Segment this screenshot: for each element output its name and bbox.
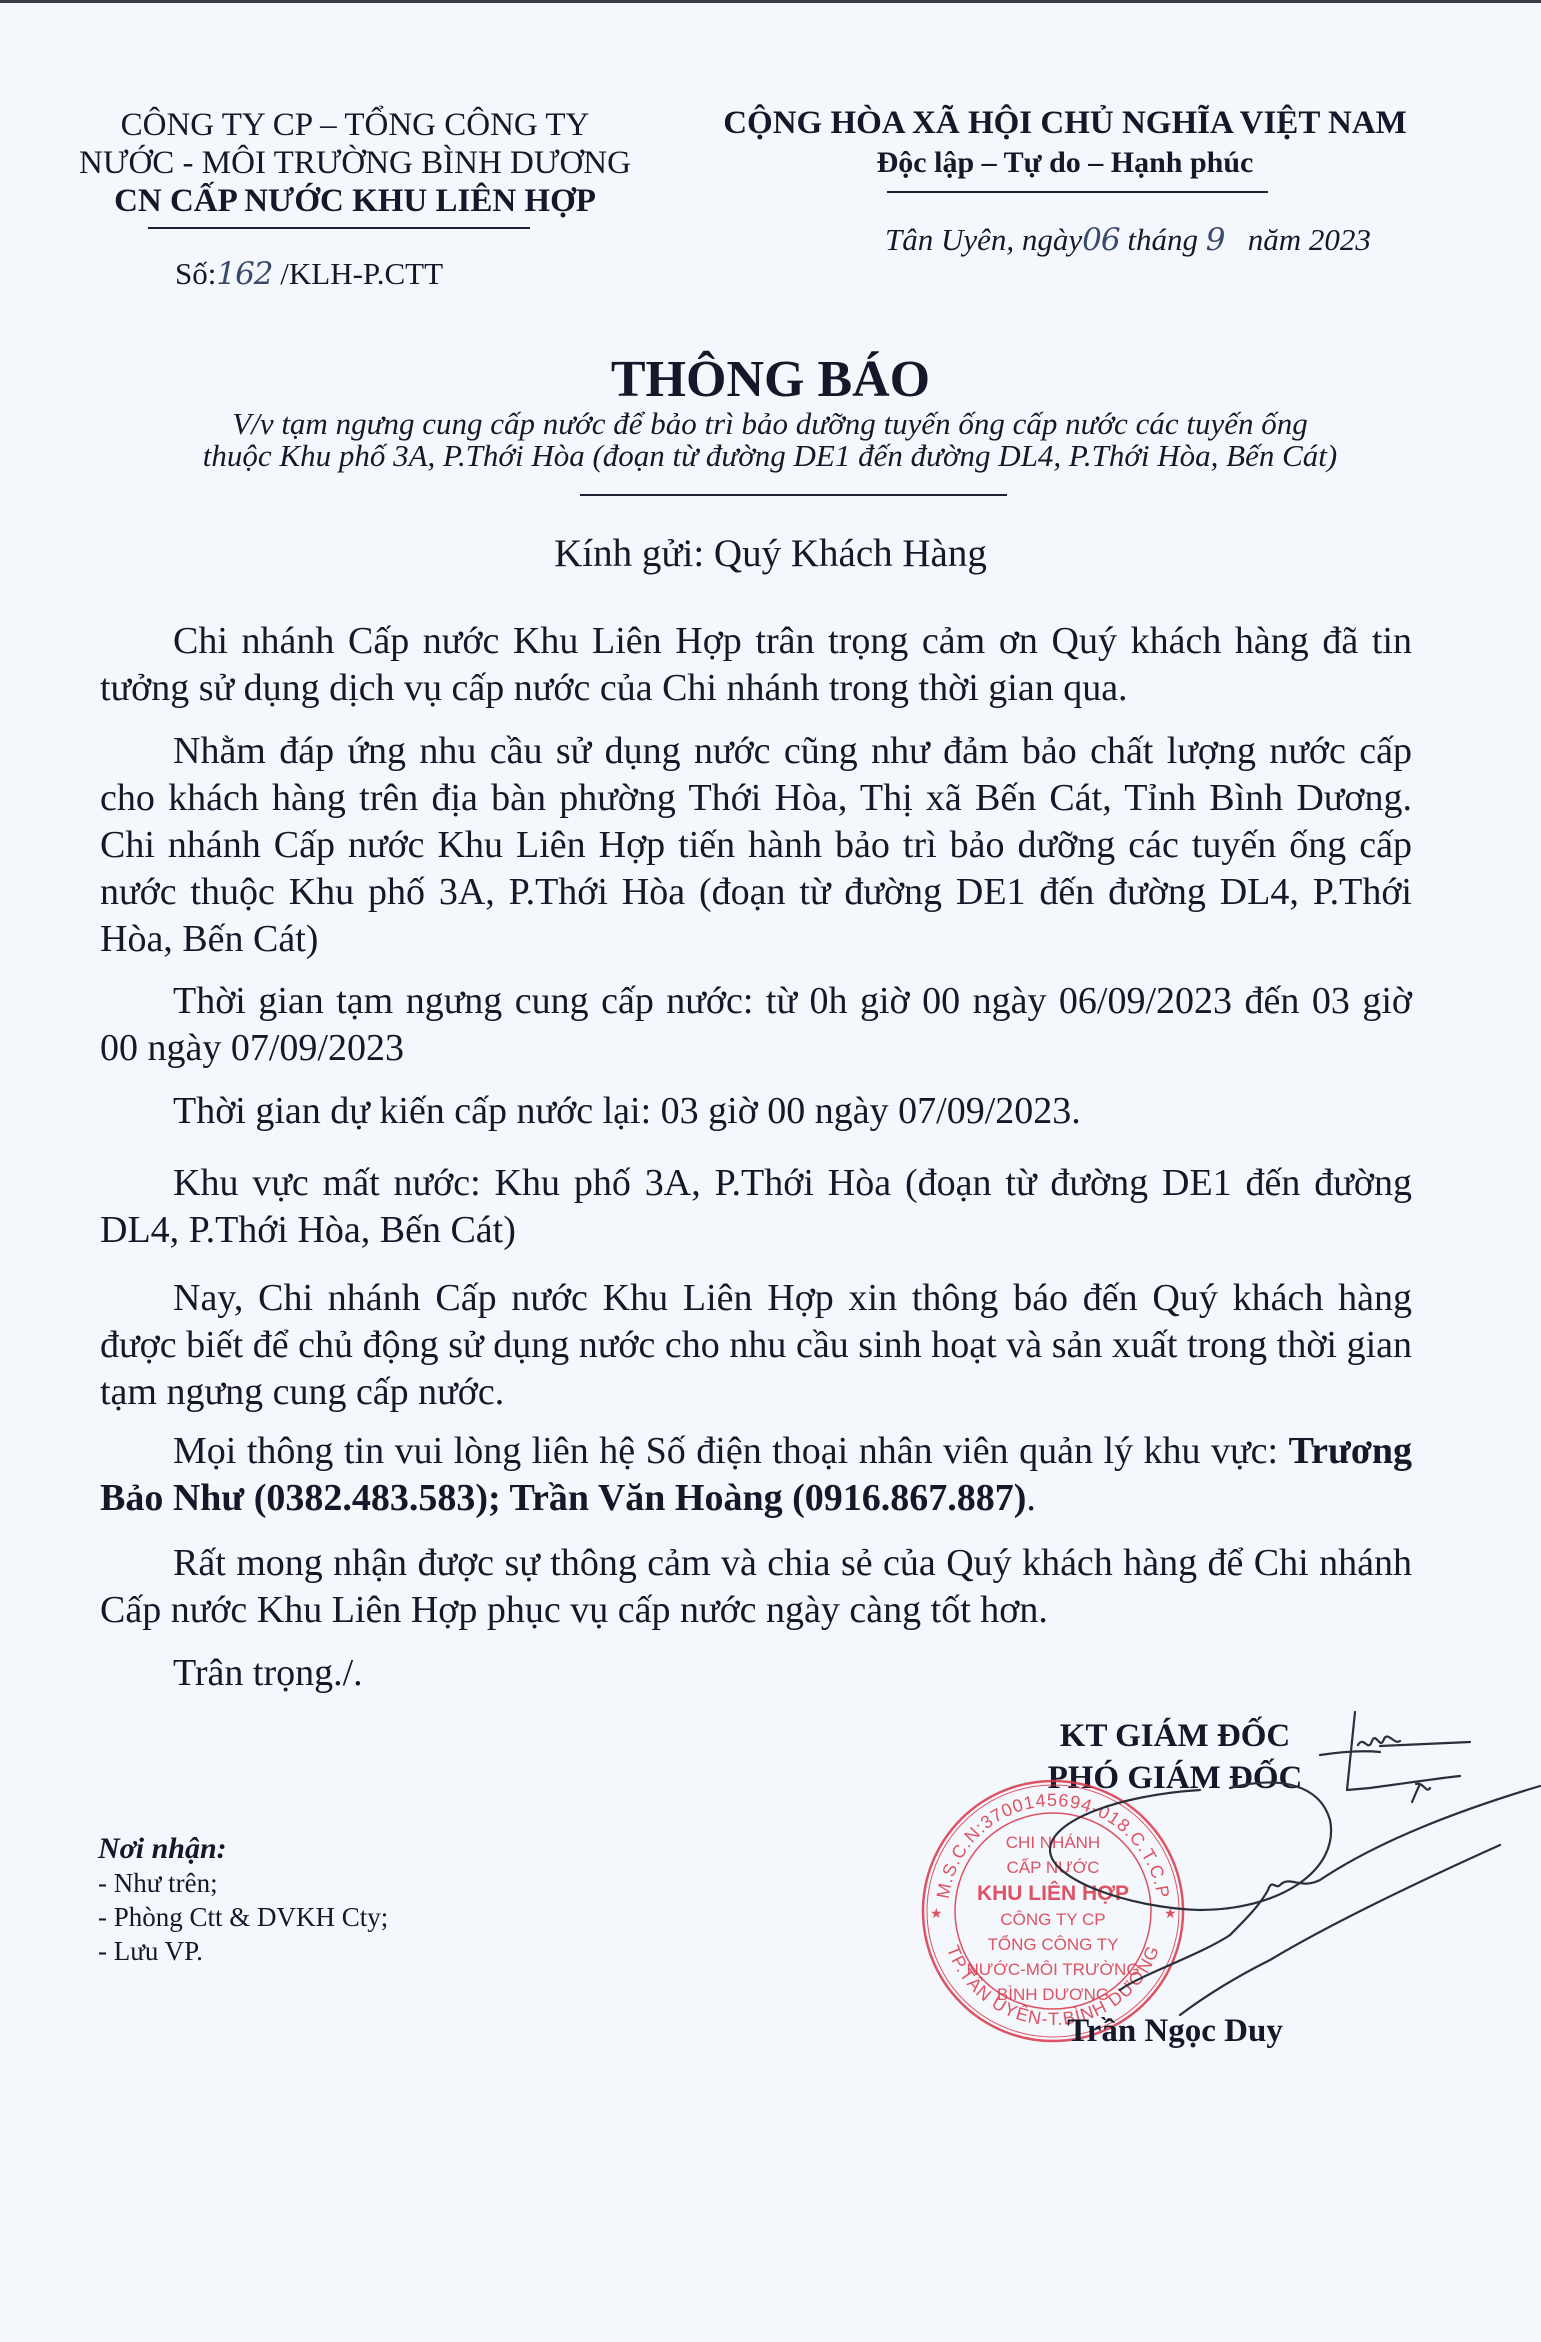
doc-number-suffix: /KLH-P.CTT xyxy=(280,256,443,291)
recipient-item: - Phòng Ctt & DVKH Cty; xyxy=(98,1900,388,1934)
contacts-intro: Mọi thông tin vui lòng liên hệ Số điện t… xyxy=(173,1430,1278,1472)
date-day: 06 xyxy=(1082,222,1119,258)
paragraph-purpose: Nhằm đáp ứng nhu cầu sử dụng nước cũng n… xyxy=(100,728,1412,963)
recipient-item: - Lưu VP. xyxy=(98,1934,388,1968)
date-year: năm 2023 xyxy=(1248,222,1371,257)
title-separator xyxy=(580,494,1007,496)
recipients-heading: Nơi nhận: xyxy=(98,1832,388,1866)
paragraph-outage-time: Thời gian tạm ngưng cung cấp nước: từ 0h… xyxy=(100,978,1412,1072)
org-line-2: NƯỚC - MÔI TRƯỜNG BÌNH DƯƠNG xyxy=(60,144,650,182)
national-motto: Độc lập – Tự do – Hạnh phúc xyxy=(690,145,1440,181)
document-title: THÔNG BÁO xyxy=(0,350,1541,409)
signer-name: Trần Ngọc Duy xyxy=(990,2013,1360,2050)
doc-number-label: Số: xyxy=(175,256,216,291)
recipient-item: - Như trên; xyxy=(98,1866,388,1900)
scan-edge xyxy=(0,0,1541,3)
subtitle-line-2: thuộc Khu phố 3A, P.Thới Hòa (đoạn từ đư… xyxy=(60,440,1480,472)
handwritten-signature-icon xyxy=(900,1700,1541,2060)
paragraph-thanks: Chi nhánh Cấp nước Khu Liên Hợp trân trọ… xyxy=(100,618,1412,712)
paragraph-notice: Nay, Chi nhánh Cấp nước Khu Liên Hợp xin… xyxy=(100,1275,1412,1416)
recipients-block: Nơi nhận: - Như trên; - Phòng Ctt & DVKH… xyxy=(98,1832,388,1968)
branch-underline xyxy=(148,227,530,229)
org-branch-name: CN CẤP NƯỚC KHU LIÊN HỢP xyxy=(60,182,650,220)
doc-number-handwritten: 162 xyxy=(216,256,272,292)
date-month-label: tháng xyxy=(1127,222,1198,257)
paragraph-appreciation: Rất mong nhận được sự thông cảm và chia … xyxy=(100,1540,1412,1634)
paragraph-restore-time: Thời gian dự kiến cấp nước lại: 03 giờ 0… xyxy=(100,1088,1412,1135)
national-title: CỘNG HÒA XÃ HỘI CHỦ NGHĨA VIỆT NAM xyxy=(690,104,1440,142)
org-line-1: CÔNG TY CP – TỔNG CÔNG TY xyxy=(60,106,650,144)
subtitle-line-1: V/v tạm ngưng cung cấp nước để bảo trì b… xyxy=(60,408,1480,440)
date-prefix: Tân Uyên, ngày xyxy=(885,222,1082,257)
paragraph-contacts: Mọi thông tin vui lòng liên hệ Số điện t… xyxy=(100,1428,1412,1522)
paragraph-affected-area: Khu vực mất nước: Khu phố 3A, P.Thới Hòa… xyxy=(100,1160,1412,1254)
greeting: Kính gửi: Quý Khách Hàng xyxy=(0,531,1541,576)
closing: Trân trọng./. xyxy=(100,1650,1412,1697)
date-month: 9 xyxy=(1206,222,1225,258)
doc-number: Số:162 /KLH-P.CTT xyxy=(175,256,443,292)
issue-date: Tân Uyên, ngày06 tháng 9 năm 2023 xyxy=(885,222,1371,258)
motto-underline xyxy=(887,191,1268,193)
contacts-end: . xyxy=(1026,1477,1036,1519)
